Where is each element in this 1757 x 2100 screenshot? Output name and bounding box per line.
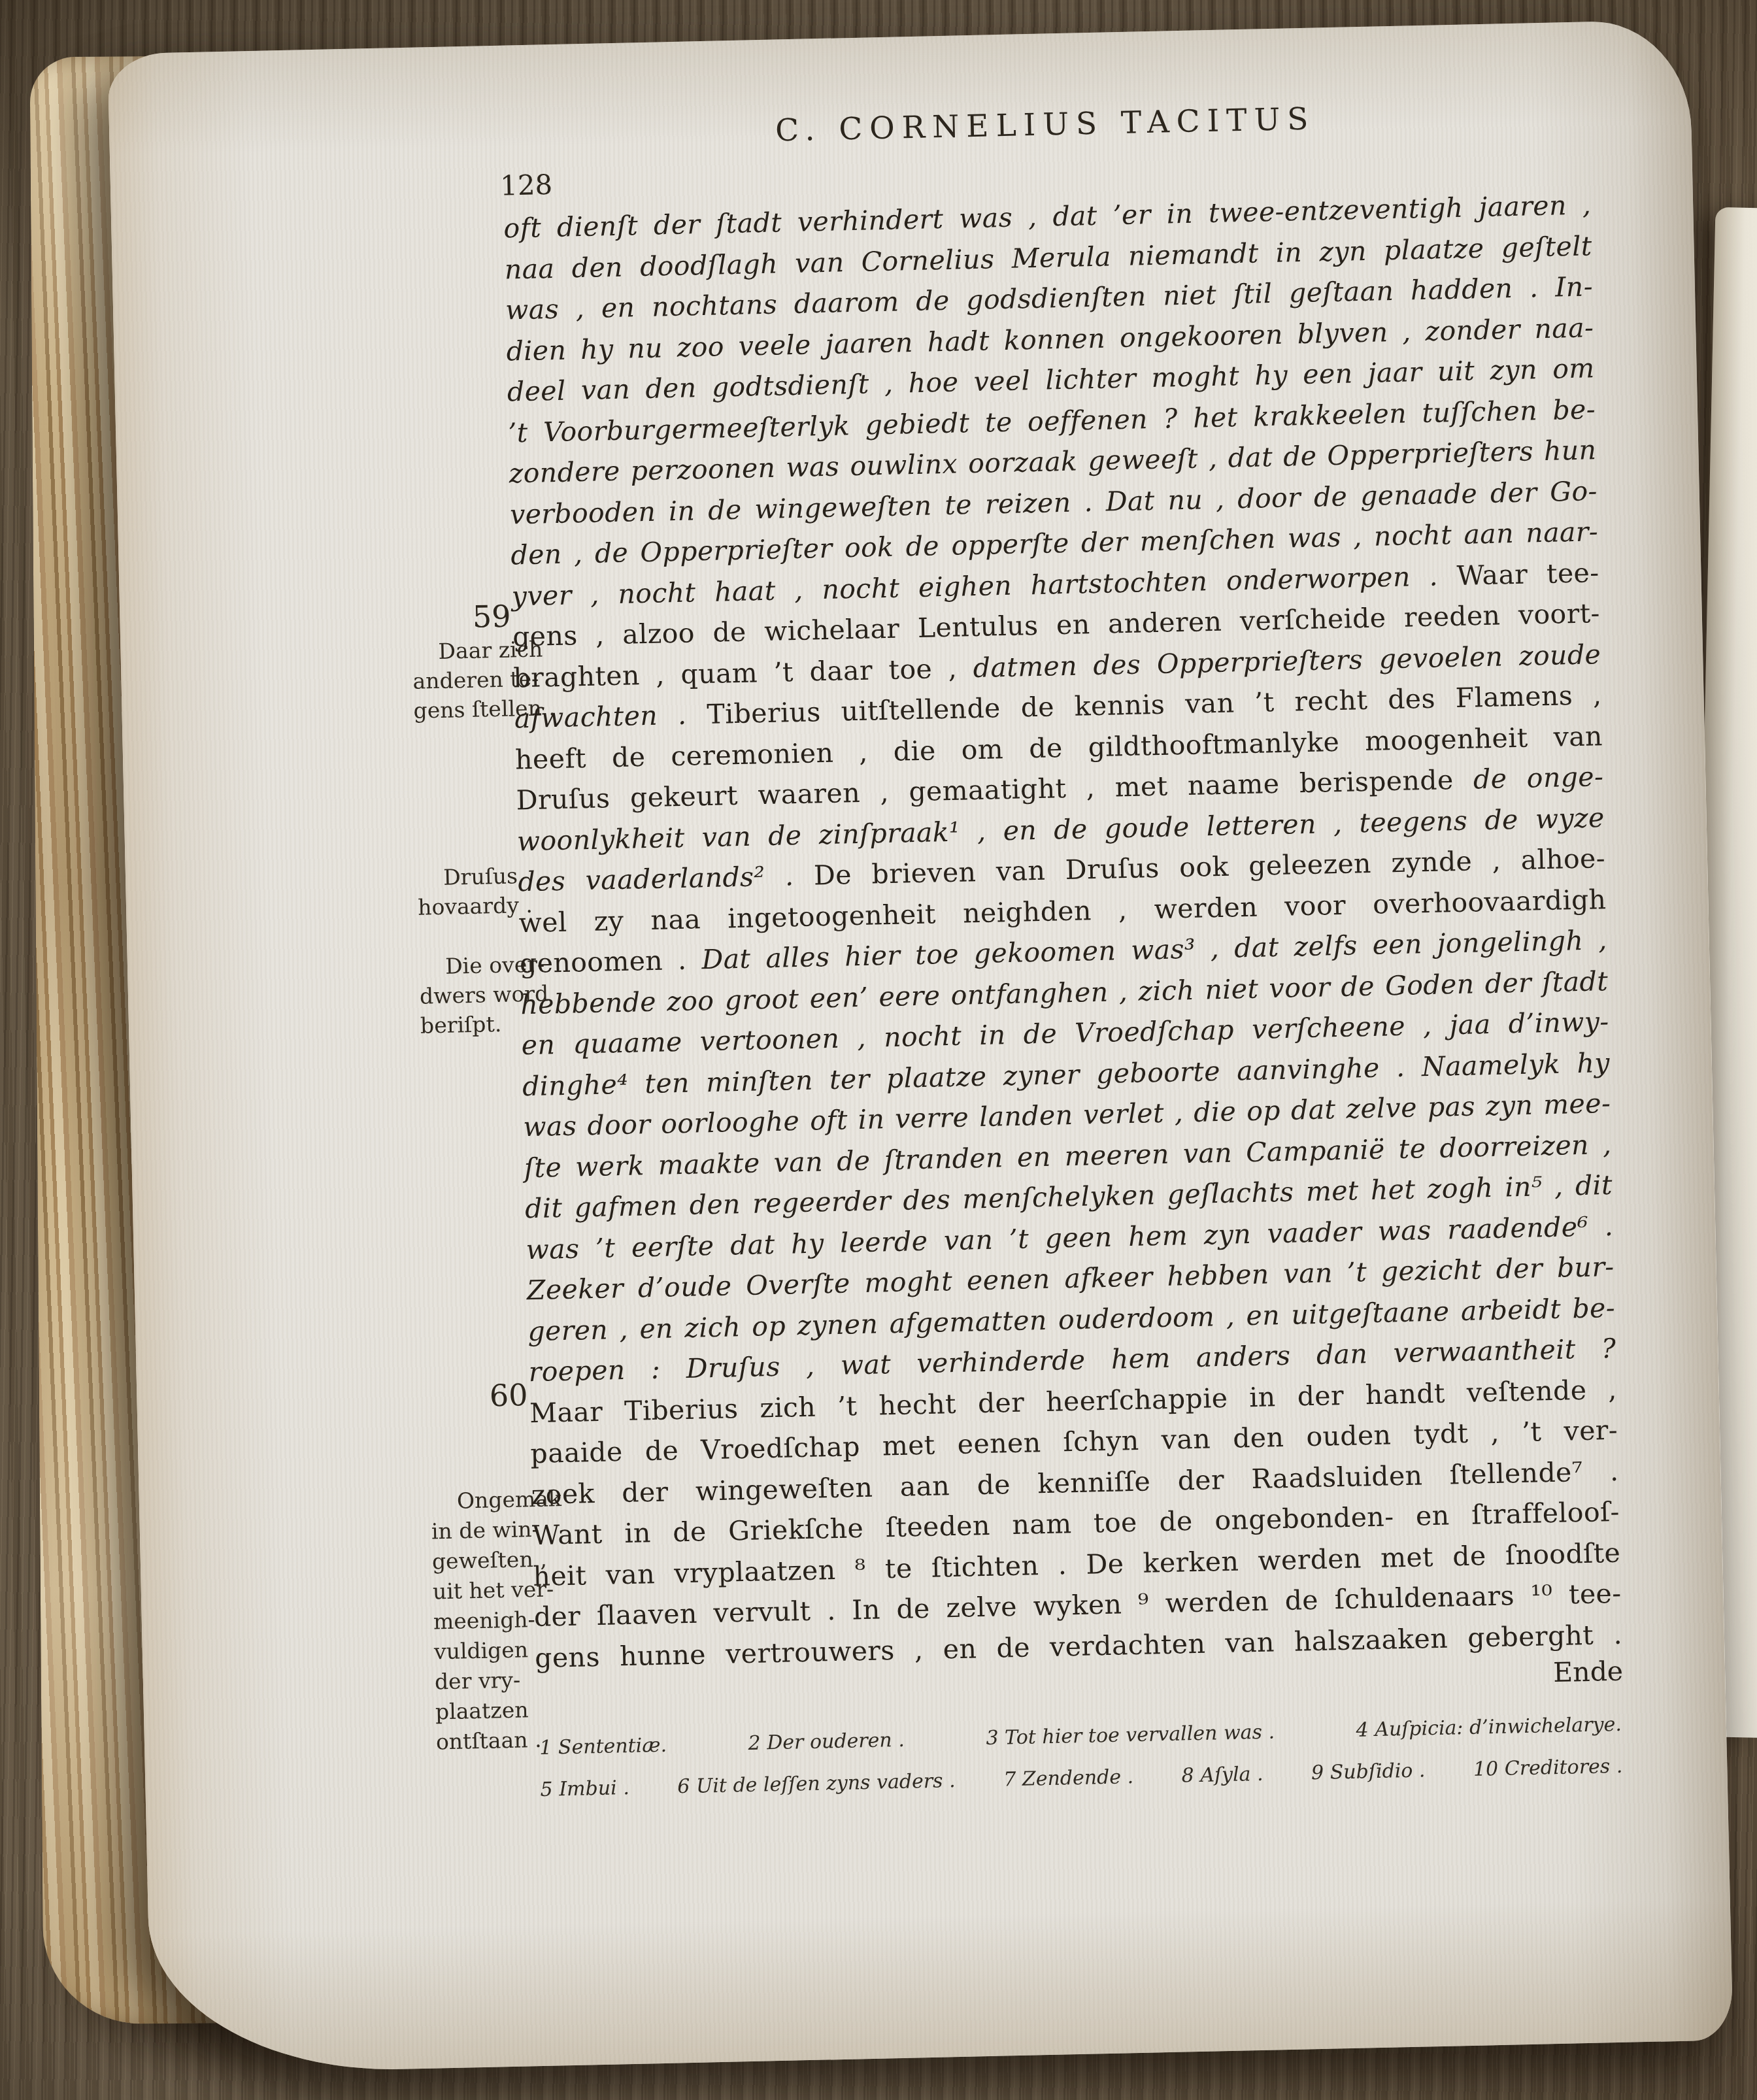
- footnote-item: 4 Auſpicia: d’inwichelarye.: [1356, 1713, 1622, 1742]
- book-page: C. CORNELIUS TACITUS 128 59 Daar zichand…: [108, 20, 1733, 2075]
- roman-text-segment: braghten , quam ’t daar toe ,: [513, 652, 973, 693]
- footnote-row: 5 Imbui .6 Uit de leſſen zyns vaders .7 …: [540, 1755, 1622, 1801]
- page-number: 128: [500, 169, 553, 202]
- italic-text-segment: des vaaderlands² .: [518, 859, 814, 897]
- running-header: C. CORNELIUS TACITUS: [501, 95, 1590, 154]
- italic-text-segment: afwachten .: [514, 699, 707, 734]
- margin-section-number-60: 60: [411, 1377, 528, 1415]
- roman-text-segment: genoomen .: [520, 944, 702, 979]
- footnote-item: 3 Tot hier toe vervallen was .: [986, 1720, 1275, 1750]
- footnote-item: 10 Creditores .: [1473, 1755, 1623, 1781]
- roman-text-segment: Waar tee-: [1437, 557, 1599, 592]
- footnote-item: 5 Imbui .: [540, 1776, 629, 1801]
- footnote-item: 1 Sententiæ.: [539, 1734, 667, 1759]
- footnote-item: 9 Subſidio .: [1311, 1759, 1426, 1784]
- italic-text-segment: de onge-: [1473, 761, 1603, 795]
- footnote-item: 7 Zendende .: [1003, 1765, 1134, 1791]
- footnote-item: 6 Uit de leſſen zyns vaders .: [677, 1769, 956, 1798]
- body-text: oft dienſt der ſtadt verhindert was , da…: [503, 185, 1623, 1679]
- footnote-item: 8 Aſyla .: [1181, 1763, 1263, 1788]
- margin-section-number-59: 59: [394, 599, 511, 637]
- footnote-row: 1 Sententiæ.2 Der ouderen .3 Tot hier to…: [539, 1713, 1622, 1759]
- page-content: C. CORNELIUS TACITUS 128 59 Daar zichand…: [108, 20, 1733, 2075]
- footnote-item: 2 Der ouderen .: [748, 1729, 905, 1755]
- photo-scene: C. CORNELIUS TACITUS 128 59 Daar zichand…: [0, 0, 1757, 2100]
